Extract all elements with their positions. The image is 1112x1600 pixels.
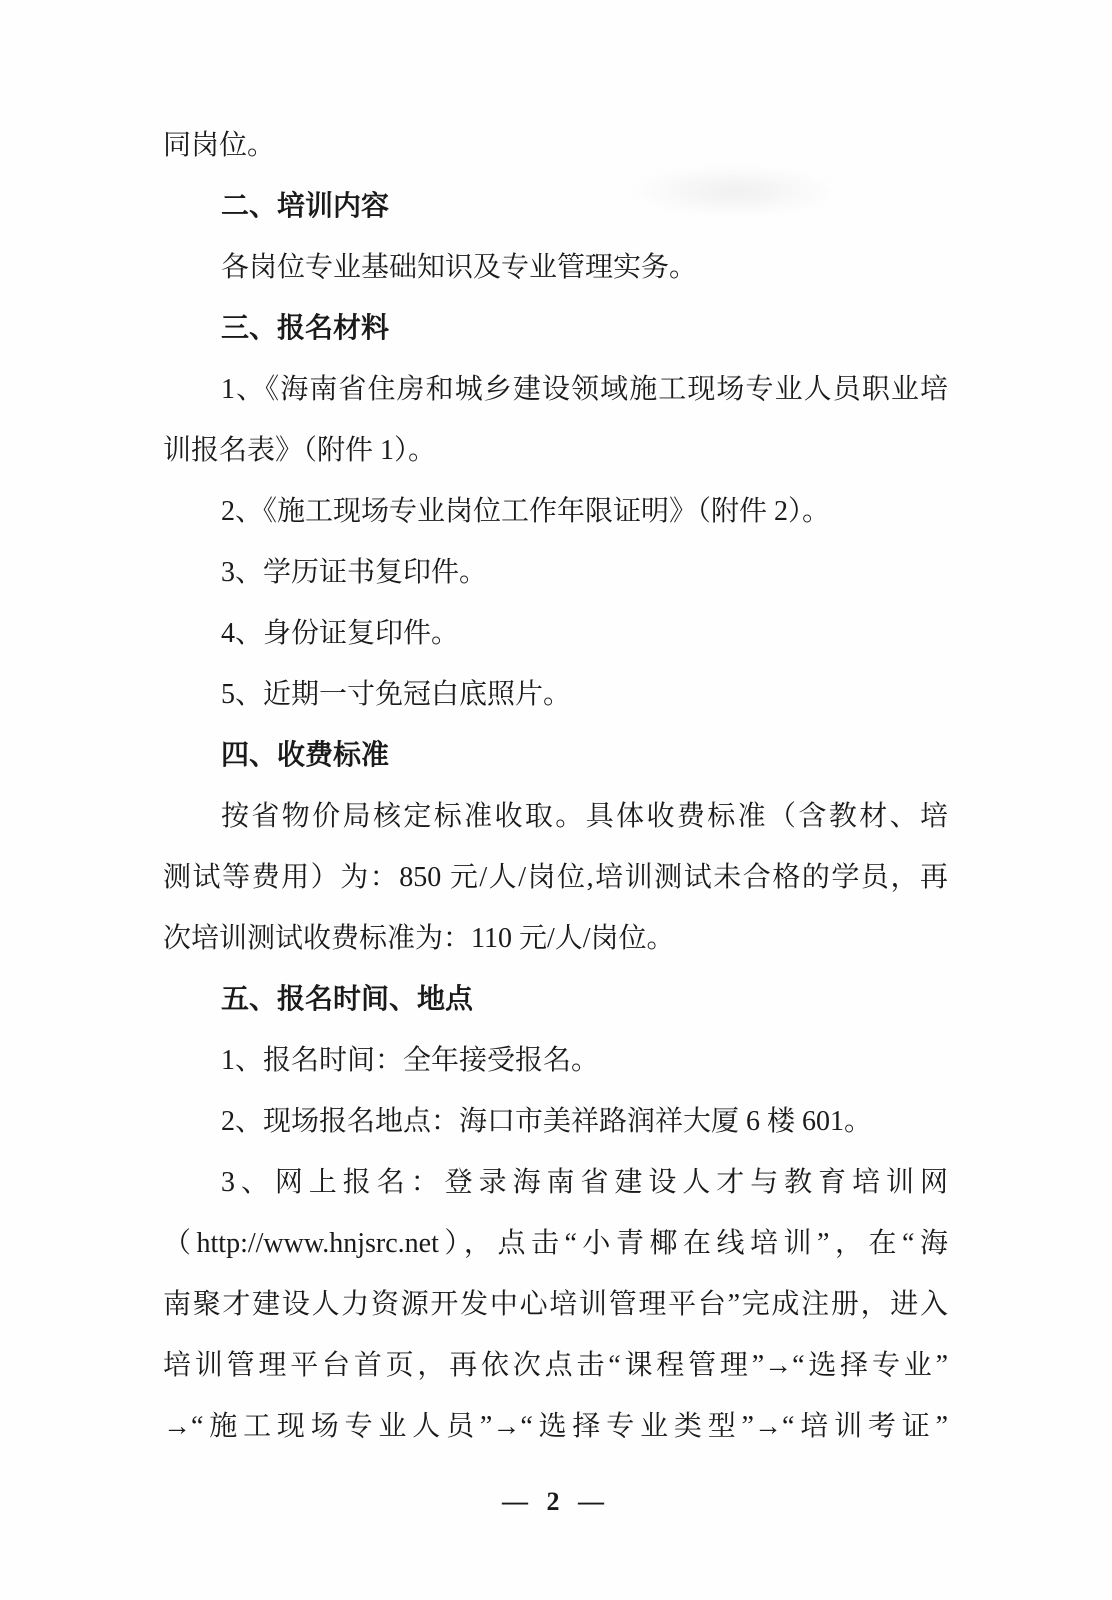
text-line: 4、身份证复印件。	[163, 603, 948, 664]
text-line: 次培训测试收费标准为：110 元/人/岗位。	[163, 908, 948, 969]
document-body: 同岗位。二、培训内容各岗位专业基础知识及专业管理实务。三、报名材料1、《海南省住…	[163, 115, 948, 1457]
heading-line: 二、培训内容	[163, 176, 948, 237]
text-line: 3、网上报名：登录海南省建设人才与教育培训网	[163, 1152, 948, 1213]
scanned-document-page: 同岗位。二、培训内容各岗位专业基础知识及专业管理实务。三、报名材料1、《海南省住…	[0, 0, 1112, 1600]
text-line: →“施工现场专业人员”→“选择专业类型”→“培训考证”	[163, 1396, 948, 1457]
text-line: 测试等费用）为：850 元/人/岗位,培训测试未合格的学员，再	[163, 847, 948, 908]
text-line: 1、《海南省住房和城乡建设领域施工现场专业人员职业培	[163, 359, 948, 420]
text-line: 同岗位。	[163, 115, 948, 176]
heading-line: 五、报名时间、地点	[163, 969, 948, 1030]
text-line: 3、学历证书复印件。	[163, 542, 948, 603]
text-line: 按省物价局核定标准收取。具体收费标准（含教材、培训、	[163, 786, 948, 847]
text-line: 培训管理平台首页，再依次点击“课程管理”→“选择专业”	[163, 1335, 948, 1396]
heading-line: 四、收费标准	[163, 725, 948, 786]
text-line: 2、《施工现场专业岗位工作年限证明》（附件 2）。	[163, 481, 948, 542]
text-line: 训报名表》（附件 1）。	[163, 420, 948, 481]
heading-line: 三、报名材料	[163, 298, 948, 359]
page-number: — 2 —	[0, 1481, 1112, 1523]
text-line: （http://www.hnjsrc.net），点击“小青椰在线培训”，在“海	[163, 1213, 948, 1274]
text-line: 1、报名时间：全年接受报名。	[163, 1030, 948, 1091]
text-line: 2、现场报名地点：海口市美祥路润祥大厦 6 楼 601。	[163, 1091, 948, 1152]
text-line: 南聚才建设人力资源开发中心培训管理平台”完成注册，进入	[163, 1274, 948, 1335]
text-line: 5、近期一寸免冠白底照片。	[163, 664, 948, 725]
text-line: 各岗位专业基础知识及专业管理实务。	[163, 237, 948, 298]
